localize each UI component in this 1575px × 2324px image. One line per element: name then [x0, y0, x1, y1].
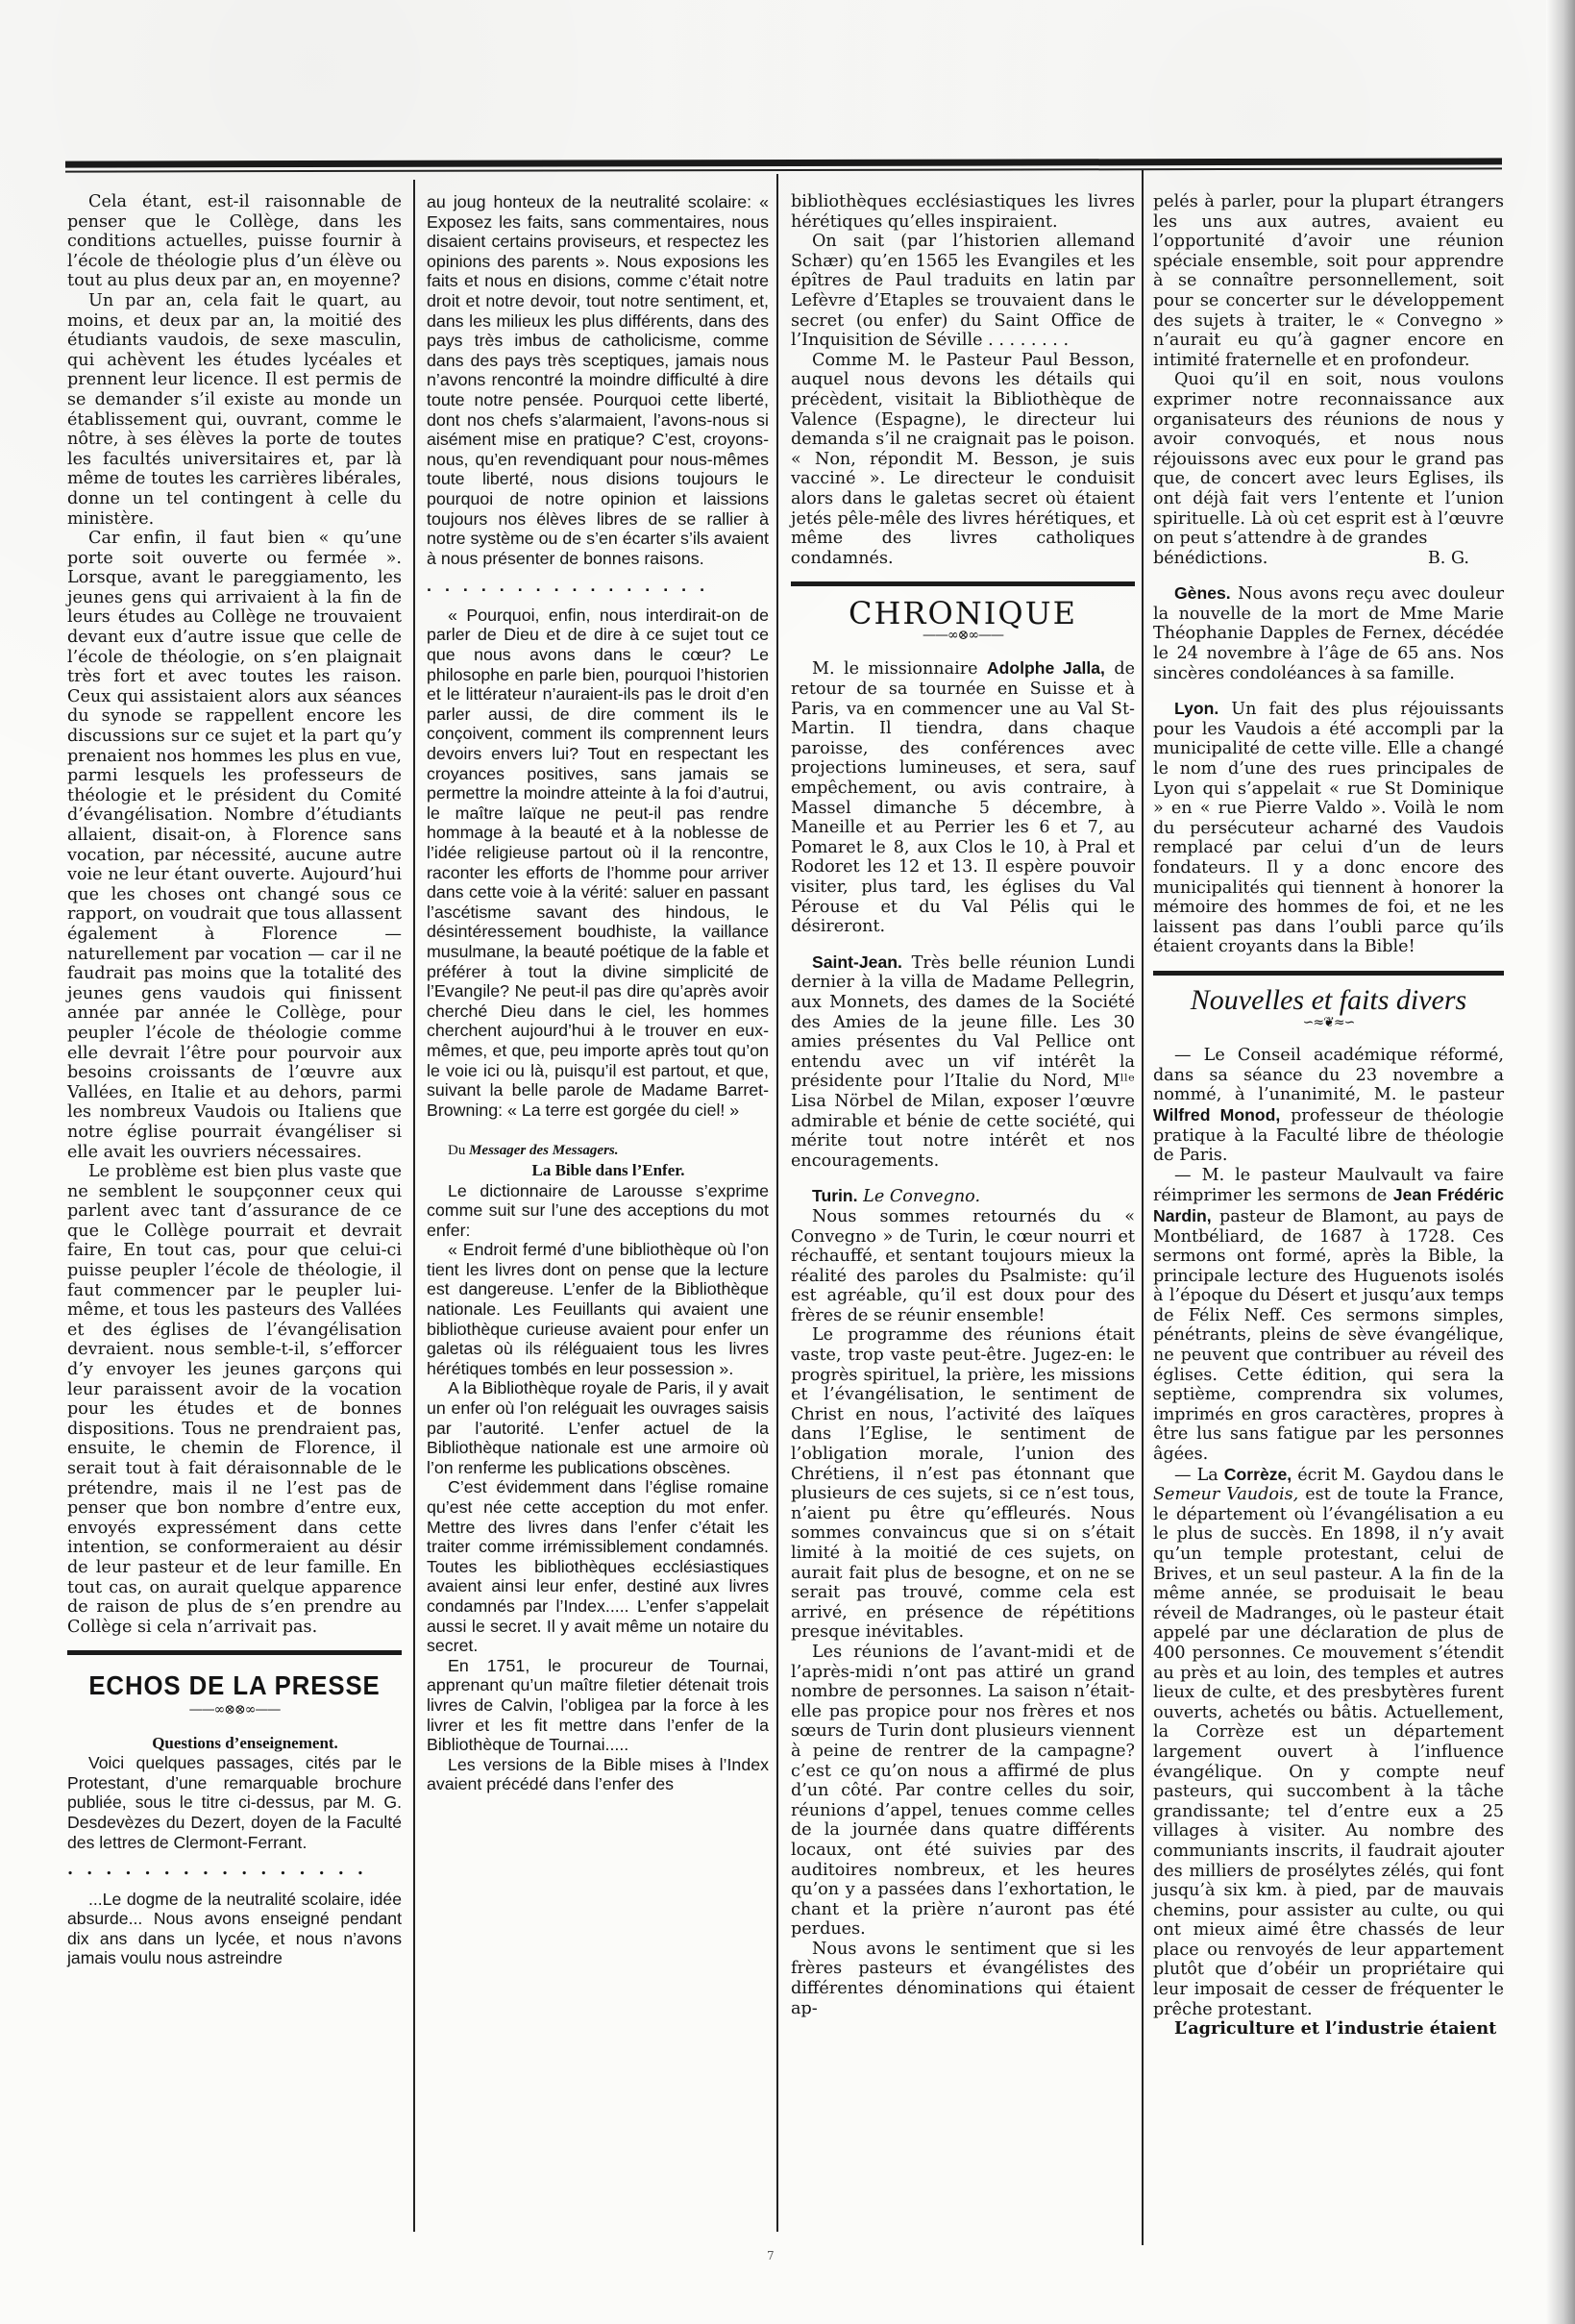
person-name: Adolphe Jalla,: [987, 658, 1105, 678]
top-thin-rule: [65, 167, 1502, 172]
text: de retour de sa tournée en Suisse et à P…: [791, 659, 1135, 936]
paragraph: Le programme des réunions était vaste, t…: [791, 1325, 1135, 1643]
news-item-jalla: M. le missionnaire Adolphe Jalla, de ret…: [791, 658, 1135, 936]
text: est de toute la France, le département o…: [1153, 1485, 1504, 2018]
text: Très belle réunion Lundi dernier à la vi…: [791, 953, 1135, 1171]
source-attribution: Du Messager des Messagers.: [427, 1141, 769, 1161]
chronique-heading: CHRONIQUE: [791, 604, 1135, 624]
paragraph: Nous sommes retournés du « Convegno » de…: [791, 1207, 1135, 1326]
section-rule: [791, 581, 1135, 586]
paragraph: Cela étant, est-il raisonnable de penser…: [67, 192, 402, 291]
news-item-lyon: Lyon. Un fait des plus réjouissants pour…: [1153, 699, 1504, 957]
paragraph: « Endroit fermé d’une bibliothèque où l’…: [427, 1240, 769, 1378]
text: — Le Conseil académique réformé, dans sa…: [1153, 1046, 1504, 1104]
paragraph: A la Bibliothèque royale de Paris, il y …: [427, 1378, 769, 1477]
ellipsis-dots: ................: [67, 1860, 402, 1880]
person-name: Wilfred Monod,: [1153, 1105, 1280, 1125]
column-4: pelés à parler, pour la plupart étranger…: [1153, 192, 1504, 2040]
column-2: au joug honteux de la neutralité scolair…: [427, 192, 769, 1794]
place-name: Corrèze,: [1224, 1465, 1292, 1484]
column-divider-1: [413, 180, 415, 2232]
paragraph: C’est évidemment dans l’église romaine q…: [427, 1477, 769, 1655]
paragraph: En 1751, le procureur de Tournai, appren…: [427, 1656, 769, 1755]
paragraph: Le problème est bien plus vaste que ne s…: [67, 1162, 402, 1637]
paragraph: au joug honteux de la neutralité scolair…: [427, 192, 769, 568]
source-prefix: Du: [448, 1143, 465, 1158]
text: écrit M. Gaydou dans le: [1297, 1466, 1504, 1485]
news-item-saint-jean: Saint-Jean. Très belle réunion Lundi der…: [791, 952, 1135, 1172]
place-lead: Saint-Jean.: [812, 952, 902, 972]
paragraph: Quoi qu’il en soit, nous voulons exprime…: [1153, 370, 1504, 548]
signature-line: bénédictions. B. G.: [1153, 549, 1504, 569]
column-3: bibliothèques ecclésiastiques les livres…: [791, 192, 1135, 2018]
news-item-genes: Gènes. Nous avons reçu avec douleur la n…: [1153, 583, 1504, 683]
echos-heading: ECHOS DE LA PRESSE: [81, 1676, 388, 1696]
paragraph: pelés à parler, pour la plupart étranger…: [1153, 192, 1504, 370]
article-subtitle: La Bible dans l’Enfer.: [427, 1161, 769, 1181]
section-rule: [1153, 971, 1504, 976]
page-marker: 7: [767, 2249, 775, 2262]
ornament-divider: ——∞⊗⊗∞——: [67, 1700, 402, 1720]
ornament-divider: ——∞⊗∞——: [791, 626, 1135, 646]
paragraph: Les réunions de l’avant-midi et de l’apr…: [791, 1643, 1135, 1940]
paragraph: ...Le dogme de la neutralité scolaire, i…: [67, 1890, 402, 1968]
page-edge-shadow: [1546, 0, 1575, 2324]
text: M. le missionnaire: [812, 659, 978, 679]
paragraph: Car enfin, il faut bien « qu’une porte s…: [67, 529, 402, 1162]
paragraph: « Pourquoi, enfin, nous interdirait-on d…: [427, 606, 769, 1120]
news-item-monod: — Le Conseil académique réformé, dans sa…: [1153, 1046, 1504, 1166]
paragraph: Nous avons le sentiment que si les frère…: [791, 1940, 1135, 2018]
column-divider-2: [776, 174, 778, 2232]
paragraph: On sait (par l’historien allemand Schær)…: [791, 232, 1135, 351]
place-lead: Lyon.: [1174, 699, 1218, 718]
top-heavy-rule: [65, 158, 1502, 167]
news-item-nardin: — M. le pasteur Maulvault va faire réimp…: [1153, 1166, 1504, 1465]
paragraph: Un par an, cela fait le quart, au moins,…: [67, 291, 402, 529]
text: bénédictions.: [1153, 549, 1267, 569]
section-rule: [67, 1650, 402, 1655]
paragraph: Voici quelques passages, cités par le Pr…: [67, 1753, 402, 1852]
paragraph: Comme M. le Pasteur Paul Besson, auquel …: [791, 351, 1135, 569]
place-lead: Gènes.: [1174, 583, 1231, 603]
paragraph: bibliothèques ecclésiastiques les livres…: [791, 192, 1135, 232]
text: pasteur de Blamont, au pays de Montbélia…: [1153, 1207, 1504, 1464]
subtitle: Le Convegno.: [863, 1187, 980, 1206]
paragraph: L’agriculture et l’industrie étaient: [1153, 2019, 1504, 2040]
column-1: Cela étant, est-il raisonnable de penser…: [67, 192, 402, 1968]
place-lead: Turin.: [812, 1186, 858, 1205]
source-name: Messager des Messagers.: [469, 1143, 618, 1158]
article-subtitle: Questions d’enseignement.: [67, 1734, 402, 1754]
paragraph: Le dictionnaire de Larousse s’exprime co…: [427, 1181, 769, 1241]
news-item-correze: — La Corrèze, écrit M. Gaydou dans le Se…: [1153, 1465, 1504, 2020]
column-divider-3: [1142, 169, 1144, 2245]
text: — La: [1174, 1466, 1218, 1485]
paragraph: Les versions de la Bible mises à l’Index…: [427, 1755, 769, 1794]
text: Un fait des plus réjouissants pour les V…: [1153, 700, 1504, 956]
journal-name: Semeur Vaudois,: [1153, 1485, 1298, 1504]
author-signature: B. G.: [1428, 549, 1469, 569]
ellipsis-dots: ................: [427, 576, 769, 596]
news-item-turin-heading: Turin. Le Convegno.: [791, 1186, 1135, 1207]
nouvelles-heading: Nouvelles et faits divers: [1153, 991, 1504, 1011]
